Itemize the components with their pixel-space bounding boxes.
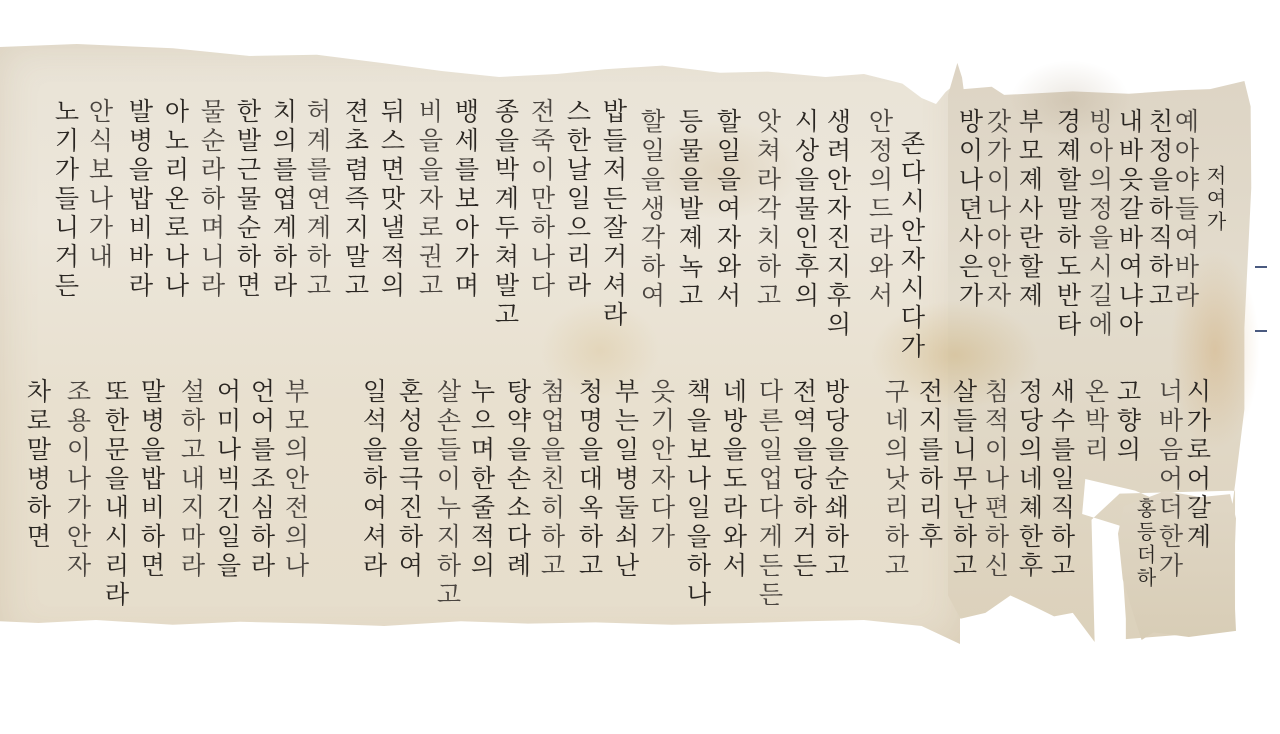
text-column: 친정을하직하고 [1147,108,1172,311]
text-column: 설하고내지마라 [179,378,204,581]
text-column: 온박리 [1083,378,1108,465]
text-column: 시가로어갈계 [1185,378,1210,552]
text-column: 말병을밥비하면 [139,378,164,581]
text-column: 전죽이만하나다 [529,98,554,301]
text-column: 첨업을친히하고 [539,378,564,581]
text-column: 일석을하여셔라 [361,378,386,581]
text-column: 저여가 [1205,165,1225,234]
text-column: 한발근물순하면 [235,98,260,301]
text-column: 살손들이누지하고 [435,378,460,610]
text-column: 존다시안자시다가 [899,130,924,362]
text-column: 물순라하며니라 [199,98,224,301]
text-column: 방이나뎐사은가 [957,108,982,311]
text-column: 청명을대옥하고 [577,378,602,581]
text-column: 생려안자진지후의 [825,108,850,340]
text-column: 노기가들니거든 [53,98,78,301]
text-column: 누으며한줄적의 [469,378,494,581]
text-column: 네방을도라와서 [721,378,746,581]
text-column: 종을박계두쳐발고 [493,98,518,330]
text-column: 발병을밥비바라 [127,98,152,301]
text-column: 시상을물인후의 [793,108,818,311]
text-column: 안식보나가내 [87,98,112,272]
manuscript-image: 저여가예아야들여바라친정을하직하고내바읏갈바여냐아빙아의정을시길에경졔할말하도반… [0,0,1280,734]
text-column: 안정의드라와서 [867,108,892,311]
text-column: 방당을순쇄하고 [823,378,848,581]
text-column: 할일을생각하여 [639,108,664,311]
text-column: 앗쳐라각치하고 [755,108,780,311]
text-column: 허계를연계하고 [305,98,330,301]
text-column: 고향의 [1115,378,1140,465]
text-column: 젼초렴즉지말고 [343,98,368,301]
text-column: 갓가이나아안자 [985,108,1010,311]
text-column: 뱅세를보아가며 [453,98,478,301]
text-column: 차로말병하면 [25,378,50,552]
text-column: 전지를하리후 [917,378,942,552]
text-column: 정당의네쳬한후 [1017,378,1042,581]
text-column: 혼성을극진하여 [397,378,422,581]
text-column: 밥들저든잘거셔라 [601,98,626,330]
margin-tick-mark [1255,266,1267,268]
text-column: 다른일업다게든든 [757,378,782,610]
text-column: 또한문을내시리라 [103,378,128,610]
text-column: 어미나빅긴일을 [215,378,240,581]
text-column: 조용이나가안자 [65,378,90,581]
text-column: 탕약을손소다례 [505,378,530,581]
text-column: 뒤스면맛낼적의 [379,98,404,301]
text-column: 책을보나일을하나 [685,378,710,610]
text-column: 너바음어더한가 [1157,378,1182,581]
text-column: 홍등더하 [1135,498,1155,590]
text-column: 등물을발졔녹고 [677,108,702,311]
text-column: 부모의안전의나 [283,378,308,581]
text-column: 예아야들여바라 [1173,108,1198,311]
text-column: 구네의낫리하고 [883,378,908,581]
text-column: 비을을자로권고 [417,98,442,301]
text-column: 아노리온로나나 [163,98,188,301]
text-column: 할일을여자와서 [715,108,740,311]
text-column: 스한날일으리라 [565,98,590,301]
text-column: 언어를조심하라 [249,378,274,581]
text-column: 부는일병둘쇠난 [613,378,638,581]
text-column: 살들니무난하고 [951,378,976,581]
text-column: 부모졔사란할졔 [1017,108,1042,311]
text-column: 새수를일직하고 [1049,378,1074,581]
text-column: 빙아의정을시길에 [1087,108,1112,340]
text-column: 읏기안자다가 [649,378,674,552]
text-column: 내바읏갈바여냐아 [1117,108,1142,340]
text-column: 전역을당하거든 [791,378,816,581]
margin-tick-mark [1255,330,1267,332]
text-column: 치의를엽계하라 [271,98,296,301]
text-column: 침적이나편하신 [983,378,1008,581]
text-column: 경졔할말하도반타 [1055,108,1080,340]
